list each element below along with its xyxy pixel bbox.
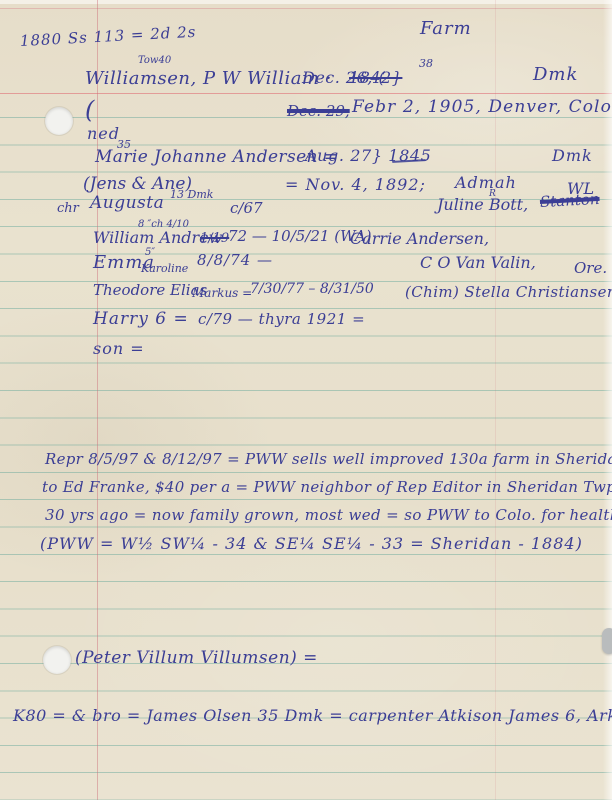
wife-country: Dmk — [552, 148, 593, 164]
research-note-line4: (PWW = W½ SW¼ - 34 & SE¼ SE¼ - 33 = Sher… — [40, 536, 583, 552]
child3-spouse: C O Van Valin, — [420, 255, 536, 271]
child1-prefix: chr — [57, 202, 79, 215]
second-wife-sup: R — [489, 190, 496, 199]
child2-sup: 8 ″ch 4/10 — [138, 220, 189, 230]
farm-label: Farm — [420, 20, 472, 38]
top-pink-rule — [0, 8, 612, 9]
research-note-line1: Repr 8/5/97 & 8/12/97 = PWW sells well i… — [45, 452, 612, 467]
hole-punch-bottom — [43, 646, 71, 674]
head-name: Williamsen, P W William · — [85, 70, 332, 88]
james-olsen-note: K80 = & bro = James Olsen 35 Dmk = carpe… — [13, 708, 612, 724]
wife-census-age: 35 — [117, 139, 131, 150]
open-paren: ( — [85, 98, 94, 122]
scan-artifact — [602, 628, 612, 654]
second-wife-place-struck: Stanton — [540, 192, 600, 210]
head-inserted-note: Tow40 — [138, 56, 171, 66]
paper-top-edge — [0, 0, 612, 4]
child3-sup: 5″ — [145, 248, 155, 258]
child6-name: son = — [93, 341, 145, 357]
paper-right-edge — [603, 0, 612, 800]
child1-sup: 13 Dmk — [170, 189, 213, 200]
child5-dates: c/79 — thyra 1921 = — [198, 312, 365, 327]
child4-middle-name: Markus = — [192, 287, 252, 299]
child4-dates: 7/30/77 – 8/31/50 — [250, 282, 374, 296]
child2-spouse: Carrie Andersen, — [350, 231, 489, 247]
child2-date-struck: 1/19 — [200, 232, 229, 245]
left-margin-line — [97, 0, 98, 800]
marriage-date: = Nov. 4, 1892; — [285, 177, 426, 193]
head-country: Dmk — [533, 66, 578, 84]
census-code-note: 1880 Ss 113 = 2d 2s — [20, 25, 197, 49]
research-note-line3: 30 yrs ago = now family grown, most wed … — [45, 508, 612, 523]
child1-name: Augusta — [90, 195, 164, 212]
child1-date: c/67 — [230, 201, 263, 216]
research-note-line2: to Ed Franke, $40 per a = PWW neighbor o… — [42, 480, 612, 495]
hole-punch-top — [45, 107, 73, 135]
child3-middle-name: Karoline — [141, 263, 188, 274]
peter-villumsen-note: (Peter Villum Villumsen) = — [75, 650, 318, 667]
wife-name: Marie Johanne Andersen = — [95, 149, 338, 166]
child4-spouse: (Chim) Stella Christiansen — [405, 285, 612, 300]
second-wife-name: Juline Bott, — [437, 197, 528, 213]
death-date-struck: Dec. 29, — [287, 104, 350, 119]
child3-dates: 8/8/74 — — [197, 253, 273, 268]
death-date: Febr 2, 1905, Denver, Colowa — [352, 99, 612, 116]
ned-note: ned — [87, 126, 120, 142]
marriage-place: Admah — [455, 175, 517, 191]
bleed-through-margin-line — [495, 0, 496, 800]
header-red-rule — [0, 93, 612, 94]
head-census-age: 38 — [419, 58, 433, 69]
head-birth-year-struck: 1842} — [349, 70, 402, 86]
child3-state: Ore. — [574, 261, 607, 276]
child5-name: Harry 6 = — [93, 311, 189, 328]
scanned-notebook-page: 1880 Ss 113 = 2d 2s Farm Williamsen, P W… — [0, 0, 612, 800]
child4-name: Theodore Elias — [93, 283, 207, 298]
